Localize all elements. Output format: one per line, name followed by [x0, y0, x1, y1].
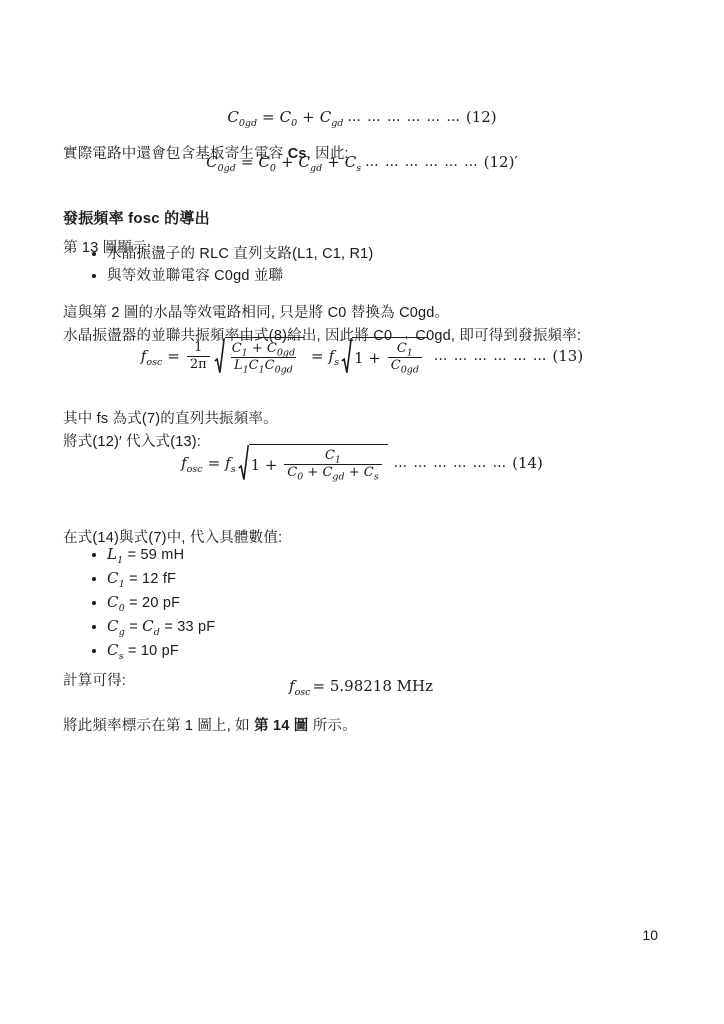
- equation-dots: … … … … … …: [347, 109, 460, 125]
- math-sub: 0: [297, 472, 303, 483]
- math-op: =: [208, 454, 221, 472]
- fraction-numerator: C1: [394, 341, 416, 357]
- math-op: +: [302, 108, 315, 126]
- math-sub: 0gd: [239, 118, 257, 129]
- math-var: C: [206, 153, 217, 171]
- math-sub: s: [231, 464, 236, 475]
- math-var: C: [364, 465, 374, 480]
- math-op: =: [167, 347, 180, 365]
- fraction-denominator: L1C1C0gd: [231, 357, 296, 374]
- math-var: C: [345, 153, 356, 171]
- math-op: +: [281, 153, 294, 171]
- math-sub: 0gd: [275, 365, 293, 376]
- value-text: = 59 mH: [123, 547, 184, 563]
- radical-icon: [341, 337, 352, 376]
- math-sub: s: [374, 472, 379, 483]
- equation-result: fosc = 5.98218 MHz: [0, 677, 724, 695]
- math-term: fs: [329, 347, 339, 365]
- math-var: C: [299, 153, 310, 171]
- math-op: =: [125, 619, 142, 635]
- math-op: +: [252, 341, 263, 356]
- math-sub: s: [356, 163, 361, 174]
- value-list: L1 = 59 mH C1 = 12 fF C0 = 20 pF Cg = Cd…: [88, 543, 215, 663]
- math-var: C: [325, 448, 335, 463]
- math-term: fosc: [141, 347, 162, 365]
- math-fraction: C1 C0gd: [388, 341, 422, 375]
- math-fraction: C1 C0 + Cgd + Cs: [284, 448, 381, 482]
- math-var: L: [107, 545, 117, 563]
- fraction-numerator: C1 + C0gd: [229, 341, 298, 357]
- math-var: C: [142, 617, 154, 635]
- list-item: 水晶振盪子的 RLC 直列支路(L1, C1, R1): [107, 243, 373, 265]
- math-var: C: [107, 593, 119, 611]
- equation-dots: … … … … … …: [394, 455, 507, 471]
- math-var: C: [107, 641, 119, 659]
- equation-number: (13): [552, 347, 583, 365]
- equation-number: (12): [466, 108, 497, 126]
- math-sub: gd: [332, 472, 344, 483]
- math-term: Cgd: [320, 108, 344, 126]
- section-heading: 發振頻率 fosc 的導出: [63, 209, 664, 229]
- math-var: L: [234, 358, 243, 373]
- math-sub: 0gd: [401, 365, 419, 376]
- math-term: C0: [280, 108, 298, 126]
- math-sqrt: 1 + C1 C0 + Cgd + Cs: [238, 444, 388, 483]
- math-var: C: [280, 108, 291, 126]
- math-var: C: [267, 341, 277, 356]
- equation-12: C0gd = C0 + Cgd … … … … … … (12): [0, 108, 724, 126]
- radical-icon: [214, 337, 225, 376]
- paragraph-final: 將此頻率標示在第 1 圖上, 如 第 14 圖 所示。: [63, 716, 664, 736]
- result-value: = 5.98218 MHz: [313, 677, 433, 695]
- value-item: C0 = 20 pF: [107, 591, 215, 615]
- math-term: C0: [258, 153, 276, 171]
- math-op: +: [327, 153, 340, 171]
- math-sub: osc: [295, 687, 311, 698]
- math-term: Cs: [345, 153, 361, 171]
- math-sub: osc: [146, 357, 162, 368]
- sqrt-content: C1 + C0gd L1C1C0gd: [225, 337, 304, 376]
- math-sub: gd: [310, 163, 322, 174]
- math-var: C: [227, 108, 238, 126]
- math-op: =: [311, 347, 324, 365]
- sqrt-content: 1 + C1 C0gd: [352, 337, 428, 376]
- math-sub: 0: [270, 163, 276, 174]
- value-item: C1 = 12 fF: [107, 567, 215, 591]
- math-op: 1 +: [354, 349, 381, 367]
- math-term: fosc: [181, 454, 202, 472]
- math-var: C: [322, 465, 332, 480]
- radical-icon: [238, 444, 249, 483]
- math-sub: gd: [331, 118, 343, 129]
- math-var: C: [249, 358, 259, 373]
- math-op: 1 +: [251, 456, 278, 474]
- paragraph-text: 所示。: [309, 718, 357, 734]
- equation-14: fosc = fs 1 + C1 C0 + Cgd + Cs … … … … ……: [0, 444, 724, 483]
- math-sqrt: 1 + C1 C0gd: [341, 337, 428, 376]
- math-term: Cgd: [299, 153, 323, 171]
- paragraph-fs: 其中 fs 為式(7)的直列共振頻率。: [63, 409, 664, 429]
- math-sub: 0gd: [218, 163, 236, 174]
- value-text: = 20 pF: [125, 595, 180, 611]
- math-var: C: [320, 108, 331, 126]
- value-item: Cg = Cd = 33 pF: [107, 615, 215, 639]
- fig14-label: 第 14 圖: [254, 718, 308, 734]
- math-var: C: [391, 358, 401, 373]
- math-term: fs: [225, 454, 235, 472]
- bullet-list-fig13: 水晶振盪子的 RLC 直列支路(L1, C1, R1) 與等效並聯電容 C0gd…: [88, 243, 373, 287]
- equation-12-prime: C0gd = C0 + Cgd + Cs … … … … … … (12)′: [0, 153, 724, 171]
- math-fraction: C1 + C0gd L1C1C0gd: [229, 341, 298, 375]
- math-var: C: [107, 617, 119, 635]
- paragraph-text: 將此頻率標示在第 1 圖上, 如: [63, 718, 254, 734]
- math-sub: 0: [291, 118, 297, 129]
- math-op: =: [262, 108, 275, 126]
- math-term: fosc: [289, 677, 310, 695]
- math-sub: s: [334, 357, 339, 368]
- math-sqrt: C1 + C0gd L1C1C0gd: [214, 337, 304, 376]
- math-var: C: [287, 465, 297, 480]
- fraction-numerator: 1: [191, 340, 205, 356]
- document-page: C0gd = C0 + Cgd … … … … … … (12) 實際電路中還會…: [0, 0, 724, 1024]
- fraction-denominator: C0 + Cgd + Cs: [284, 464, 381, 481]
- value-item: L1 = 59 mH: [107, 543, 215, 567]
- fraction-denominator: 2π: [187, 356, 210, 373]
- equation-number: (14): [512, 454, 543, 472]
- paragraph-same-circuit: 這與第 2 圖的水晶等效電路相同, 只是將 C0 替換為 C0gd。: [63, 303, 664, 323]
- equation-13: fosc = 1 2π C1 + C0gd L1C1C0gd = fs 1 + …: [0, 337, 724, 376]
- math-op: +: [307, 465, 318, 480]
- page-number: 10: [642, 927, 658, 943]
- value-text: = 33 pF: [160, 619, 215, 635]
- sqrt-content: 1 + C1 C0 + Cgd + Cs: [249, 444, 388, 483]
- math-var: C: [107, 569, 119, 587]
- list-item: 與等效並聯電容 C0gd 並聯: [107, 265, 373, 287]
- math-var: C: [265, 358, 275, 373]
- math-var: C: [397, 341, 407, 356]
- math-var: C: [258, 153, 269, 171]
- equation-number: (12)′: [484, 153, 518, 171]
- math-sub: osc: [187, 464, 203, 475]
- value-item: Cs = 10 pF: [107, 639, 215, 663]
- equation-dots: … … … … … …: [434, 348, 547, 364]
- equation-dots: … … … … … …: [365, 154, 478, 170]
- math-term: C0gd: [227, 108, 257, 126]
- math-op: +: [349, 465, 360, 480]
- value-text: = 10 pF: [124, 643, 179, 659]
- math-term: C0gd: [206, 153, 236, 171]
- value-text: = 12 fF: [125, 571, 176, 587]
- fraction-denominator: C0gd: [388, 357, 422, 374]
- math-fraction: 1 2π: [187, 340, 210, 374]
- math-var: C: [232, 341, 242, 356]
- fraction-numerator: C1: [322, 448, 344, 464]
- math-op: =: [241, 153, 254, 171]
